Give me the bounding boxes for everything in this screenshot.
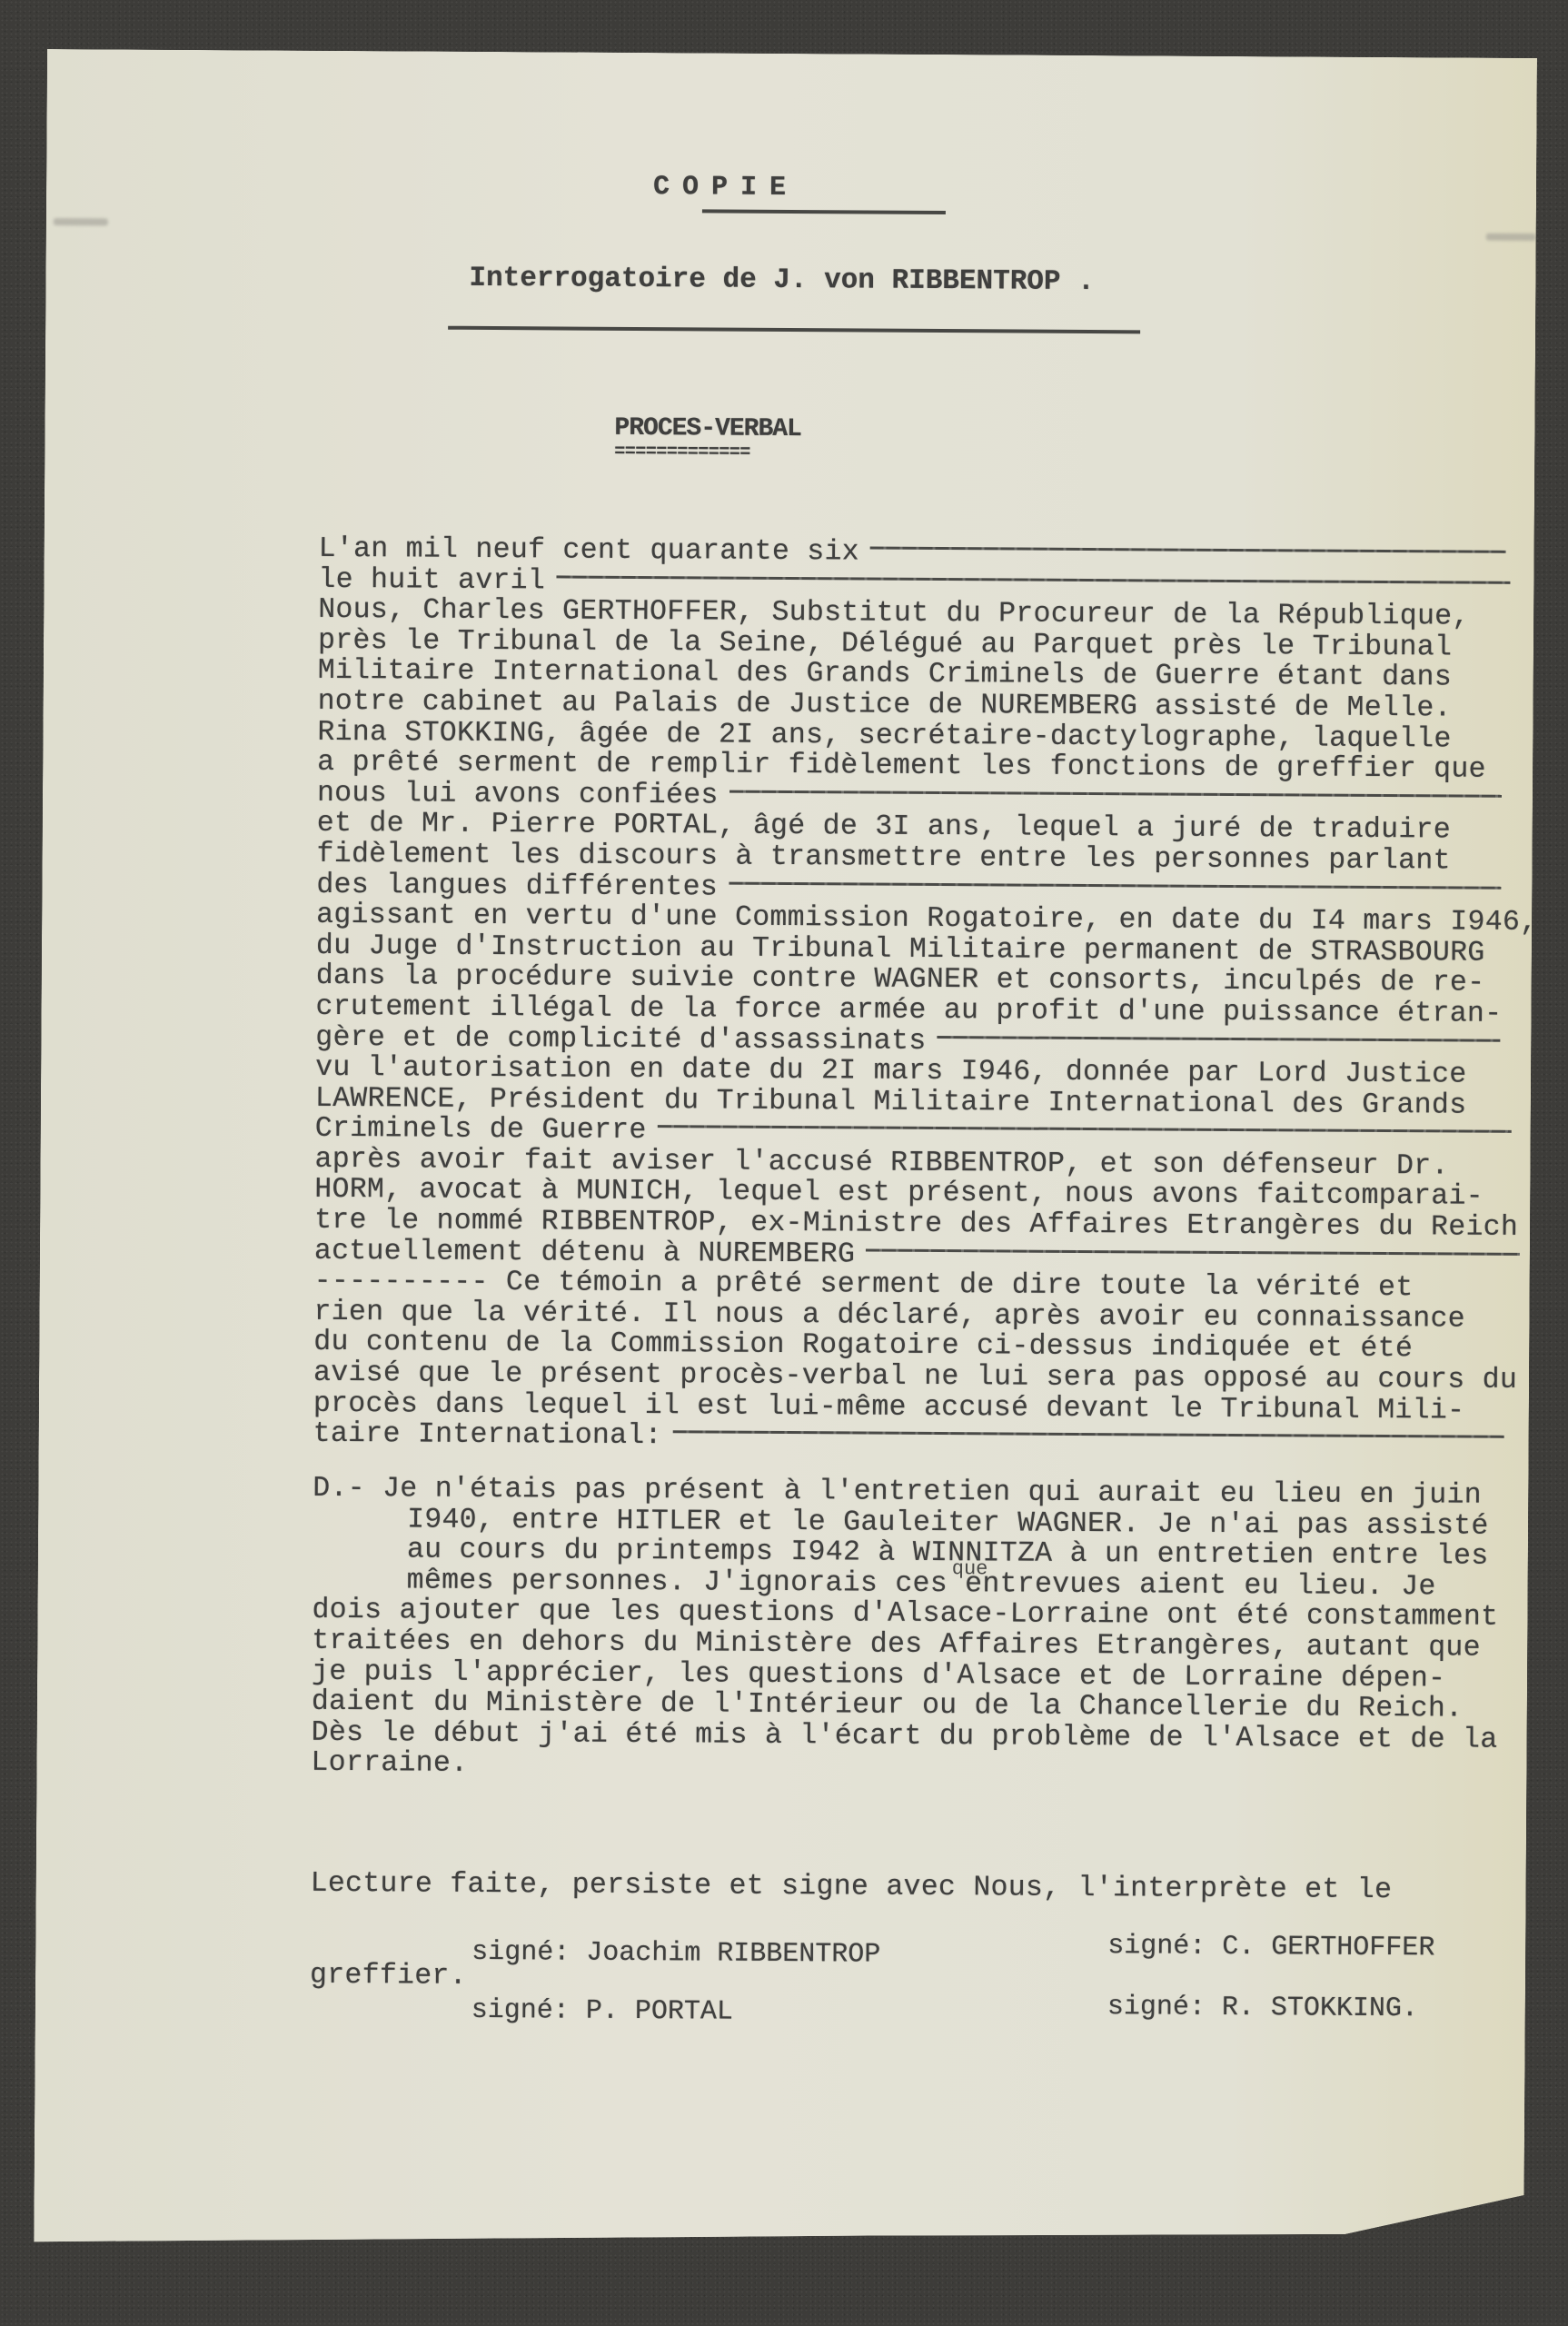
signature-label: signé: <box>471 1995 570 2027</box>
preamble: L'an mil neuf cent quarante sixle huit a… <box>313 534 1540 1457</box>
section-title-underline: ============= <box>614 443 750 462</box>
signature-portal: signé: P. PORTAL <box>406 1963 734 2058</box>
heading-copie: COPIE <box>653 173 799 204</box>
folded-corner <box>1124 2209 1561 2293</box>
answer-block: D.- Je n'étais pas présent à l'entretien… <box>311 1474 1499 1786</box>
signature-label: signé: <box>1107 1992 1206 2023</box>
dash-filler-line <box>673 1431 1504 1439</box>
signature-label: signé: <box>1107 1931 1206 1963</box>
signature-stokking: signé: R. STOKKING. <box>1042 1961 1419 2056</box>
dash-filler-line <box>556 575 1510 583</box>
preamble-line: taire International: <box>313 1419 1534 1457</box>
signature-name: C. GERTHOFFER <box>1222 1932 1434 1963</box>
document-page: COPIE Interrogatoire de J. von RIBBENTRO… <box>34 49 1537 2289</box>
title-underline <box>448 326 1140 334</box>
preamble-line-text: Criminels de Guerre <box>315 1113 647 1147</box>
section-title: PROCES-VERBAL <box>614 413 801 445</box>
preamble-line-text: le huit avril <box>318 563 545 597</box>
margin-mark-right <box>1486 234 1536 241</box>
preamble-line-text: L'an mil neuf cent quarante six <box>319 533 859 569</box>
dash-filler-line <box>658 1126 1512 1134</box>
preamble-line-text: nous lui avons confiées <box>317 778 719 812</box>
dash-filler-line <box>870 547 1506 553</box>
preamble-line-text: actuellement détenu à NUREMBERG <box>314 1235 855 1270</box>
preamble-line-text: des langues différentes <box>316 869 718 903</box>
dash-filler-line <box>729 790 1502 798</box>
signature-name: P. PORTAL <box>586 1996 733 2028</box>
signature-name: R. STOKKING. <box>1222 1993 1418 2024</box>
preamble-line-text: taire International: <box>313 1418 662 1452</box>
dash-filler-line <box>729 881 1501 889</box>
interlinear-correction: que <box>952 1557 988 1580</box>
document-title: Interrogatoire de J. von RIBBENTROP . <box>469 263 1095 298</box>
dash-filler-line <box>937 1036 1500 1042</box>
heading-underline <box>702 209 946 214</box>
margin-mark-left <box>54 218 108 225</box>
dash-filler-line <box>866 1248 1520 1255</box>
